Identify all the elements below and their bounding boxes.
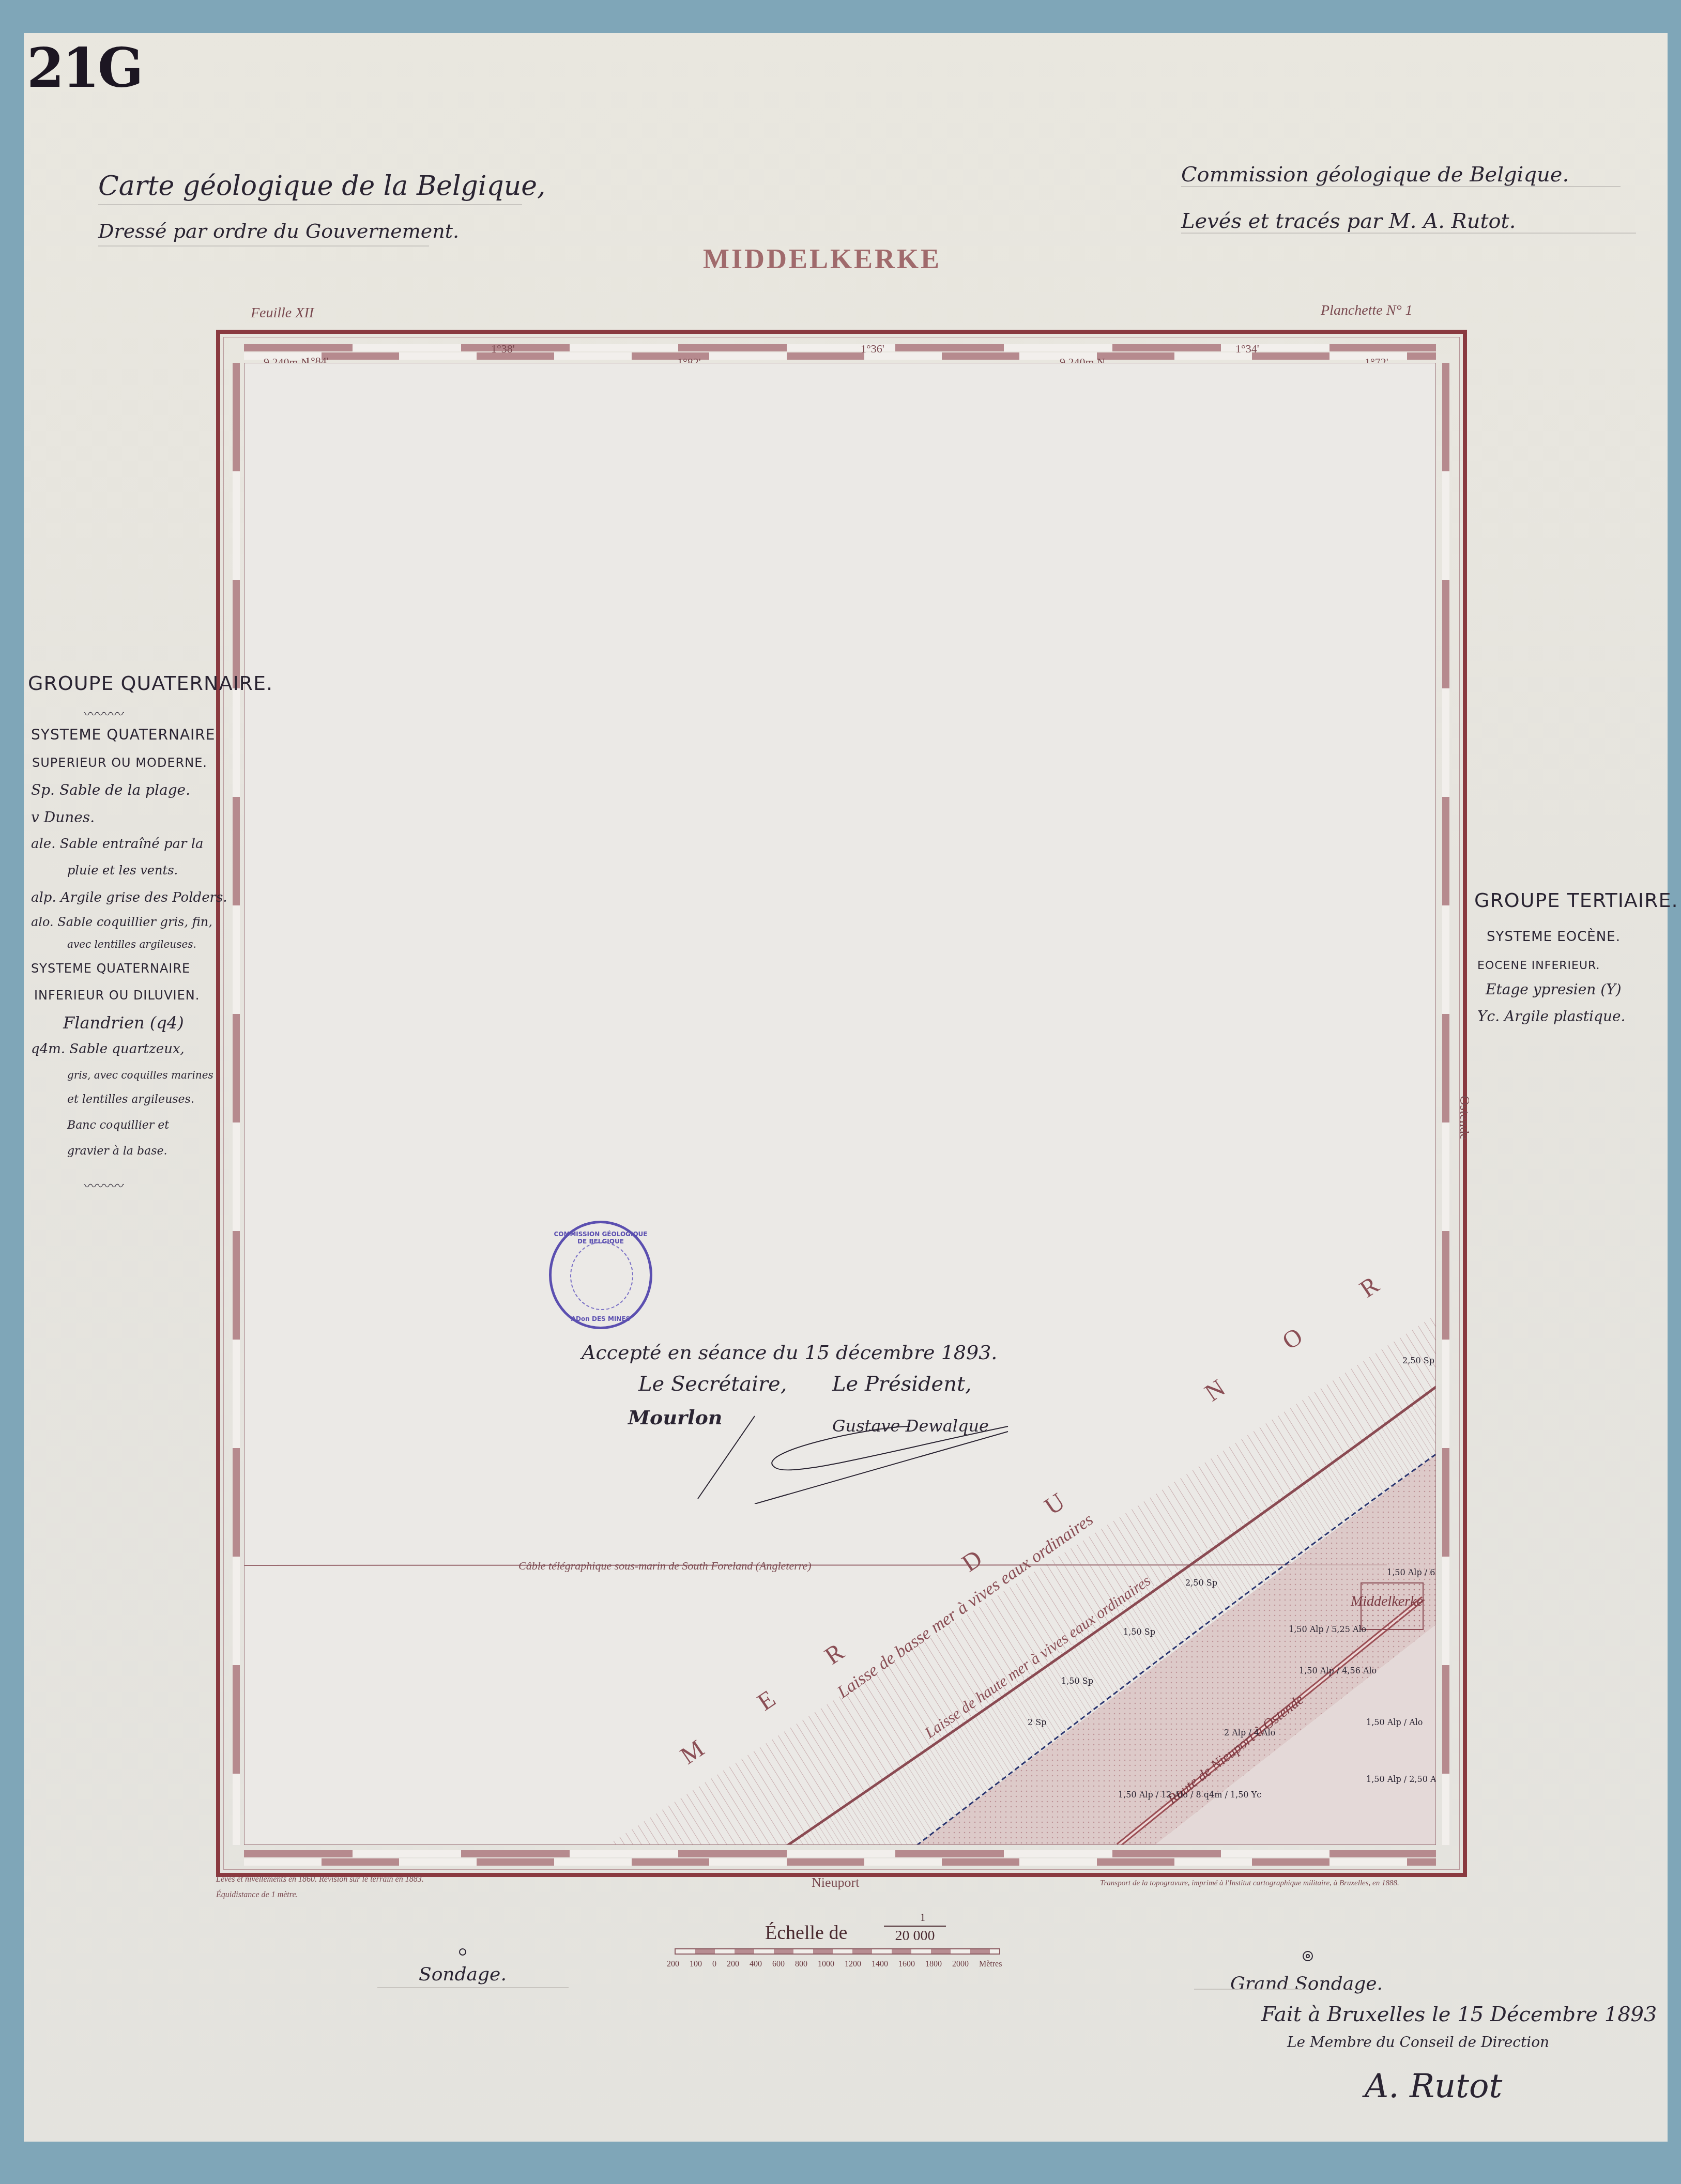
archive-number: 21G [27,36,142,100]
graphic-scale-bar [675,1948,1000,1955]
legend-item: SYSTEME QUATERNAIRE [31,961,190,976]
grand-sondage-icon [1303,1951,1313,1961]
scale-tick: 800 [795,1960,807,1969]
scale-tick: 600 [772,1960,785,1969]
legend-item: alo. Sable coquillier gris, fin, [31,915,212,929]
sounding-label: 1,50 Alp / 6 Alo / 13,0 q4m [1387,1567,1436,1577]
bottom-city-nieuport: Nieuport [812,1875,859,1890]
scale-tick: 200 [667,1960,679,1969]
legend-divider-icon: 〰〰〰 [84,704,124,723]
print-note: Transport de la topogravure, imprimé à l… [1100,1879,1399,1888]
cable-label: Câble télégraphique sous-marin de South … [518,1559,812,1573]
scale-numerator: 1 [899,1912,946,1924]
header-rule [98,245,429,247]
legend-item: SYSTEME QUATERNAIRE [31,726,215,743]
header-rule [98,204,522,205]
equidistance-note: Équidistance de 1 mètre. [216,1890,298,1900]
scale-tick: 1200 [845,1960,861,1969]
scale-tick: 100 [690,1960,702,1969]
legend-item: SYSTEME EOCÈNE. [1487,929,1621,945]
map-canvas[interactable]: Câble télégraphique sous-marin de South … [244,363,1436,1845]
scale-tick: 1400 [872,1960,888,1969]
signature-flourish [687,1395,1018,1504]
legend-group-tertiaire: GROUPE TERTIAIRE. [1474,889,1678,912]
scale-tick: 1600 [898,1960,915,1969]
header-rule [1181,233,1636,234]
graticule-label: 1°34' [1235,342,1259,356]
sounding-label: 1,50 Sp [1061,1676,1093,1686]
graticule-left [233,363,240,1845]
scale-denominator: 20 000 [884,1928,946,1944]
legend-item: Yc. Argile plastique. [1477,1008,1625,1025]
scale-unit: Mètres [979,1960,1002,1969]
right-city-ostende: Ostende [1457,1096,1472,1140]
place-middelkerke: Middelkerke [1351,1593,1423,1610]
legend-item: Etage ypresien (Y) [1486,981,1622,998]
legend-item: avec lentilles argileuses. [67,938,196,950]
legend-divider-icon: 〰〰〰 [84,1176,124,1195]
scale-ticks: 200 100 0 200 400 600 800 1000 1200 1400… [667,1960,1060,1969]
sounding-label: 1,50 Alp / Alo [1366,1717,1423,1727]
scale-tick: 0 [712,1960,716,1969]
fait-a-bruxelles: Fait à Bruxelles le 15 Décembre 1893 [1261,2003,1657,2026]
scale-tick: 1000 [818,1960,834,1969]
sounding-label: 1,50 Alp / 2,50 Alo [1366,1774,1436,1784]
graticule-bottom-inner [244,1858,1436,1866]
legend-item: gravier à la base. [67,1145,167,1158]
header-rule [1181,186,1621,187]
legend-item: v Dunes. [31,809,95,826]
grand-sondage-rule [1194,1989,1308,1990]
legend-item: SUPERIEUR OU MODERNE. [32,756,207,770]
stamp-bottom-text: ADon DES MINES [552,1315,650,1322]
header-leves-par: Levés et tracés par M. A. Rutot. [1181,209,1516,233]
sondage-circle-icon [459,1948,466,1956]
survey-note: Levés et nivellements en 1860. Revision … [216,1875,424,1884]
legend-item: alp. Argile grise des Polders. [31,890,227,905]
sounding-label: 2 Alp / 4 Alo [1224,1728,1275,1737]
sounding-label: 1,50 Alp / 12 Alo / 8 q4m / 1,50 Yc [1118,1790,1261,1800]
legend-group-quaternaire: GROUPE QUATERNAIRE. [28,672,273,695]
sounding-label: 1,50 Alp / 4,56 Alo [1299,1666,1377,1675]
sounding-label: 1,50 Alp / 5,25 Alo [1289,1624,1366,1634]
membre-conseil: Le Membre du Conseil de Direction [1287,2034,1549,2051]
sounding-label: 2 Sp [1028,1717,1046,1727]
scale-tick: 200 [727,1960,739,1969]
sounding-label: 1,50 Sp [1123,1627,1155,1637]
legend-item: ale. Sable entraîné par la [31,836,204,852]
grand-sondage-label: Grand Sondage. [1230,1973,1383,1994]
graticule-label: 1°36' [861,342,884,356]
graticule-bottom [244,1850,1436,1857]
scale-tick: 2000 [952,1960,969,1969]
graticule-right [1442,363,1449,1845]
graticule-label: 1°38' [491,342,515,356]
map-drawing [244,363,1436,1845]
header-commission: Commission géologique de Belgique. [1181,163,1569,187]
feuille-label: Feuille XII [251,305,314,321]
legend-item: Sp. Sable de la plage. [31,781,190,798]
sounding-label: 2,50 Sp [1402,1356,1434,1365]
header-carte-geologique: Carte géologique de la Belgique, [98,171,546,202]
header-dresse-par: Dressé par ordre du Gouvernement. [98,220,459,242]
legend-item: pluie et les vents. [67,863,178,878]
scale-fraction-bar [884,1926,946,1927]
scale-tick: 400 [750,1960,762,1969]
legend-item: INFERIEUR OU DILUVIEN. [34,988,200,1003]
rutot-signature: A. Rutot [1365,2067,1502,2105]
legend-item: q4m. Sable quartzeux, [31,1041,185,1057]
acceptance-line: Accepté en séance du 15 décembre 1893. [582,1341,997,1364]
president-label: Le Président, [832,1372,972,1396]
planchette-label: Planchette N° 1 [1321,302,1413,319]
legend-item: EOCENE INFERIEUR. [1477,959,1600,972]
legend-item: Banc coquillier et [67,1119,169,1132]
scale-label: Échelle de [765,1921,847,1944]
sondage-label: Sondage. [419,1964,507,1985]
secretary-label: Le Secrétaire, [638,1372,787,1396]
stamp-text: COMMISSION GÉOLOGIQUE DE BELGIQUE [552,1231,650,1245]
stamp-coat-of-arms-icon [570,1242,633,1310]
legend-item: gris, avec coquilles marines [67,1069,213,1081]
legend-item: et lentilles argileuses. [67,1093,194,1106]
sounding-label: 2,50 Sp [1185,1578,1217,1588]
commission-stamp: COMMISSION GÉOLOGIQUE DE BELGIQUE ADon D… [549,1221,652,1329]
sondage-rule [377,1987,569,1988]
scale-tick: 1800 [925,1960,942,1969]
map-title: MIDDELKERKE [703,243,941,275]
legend-item: Flandrien (q4) [63,1013,184,1033]
